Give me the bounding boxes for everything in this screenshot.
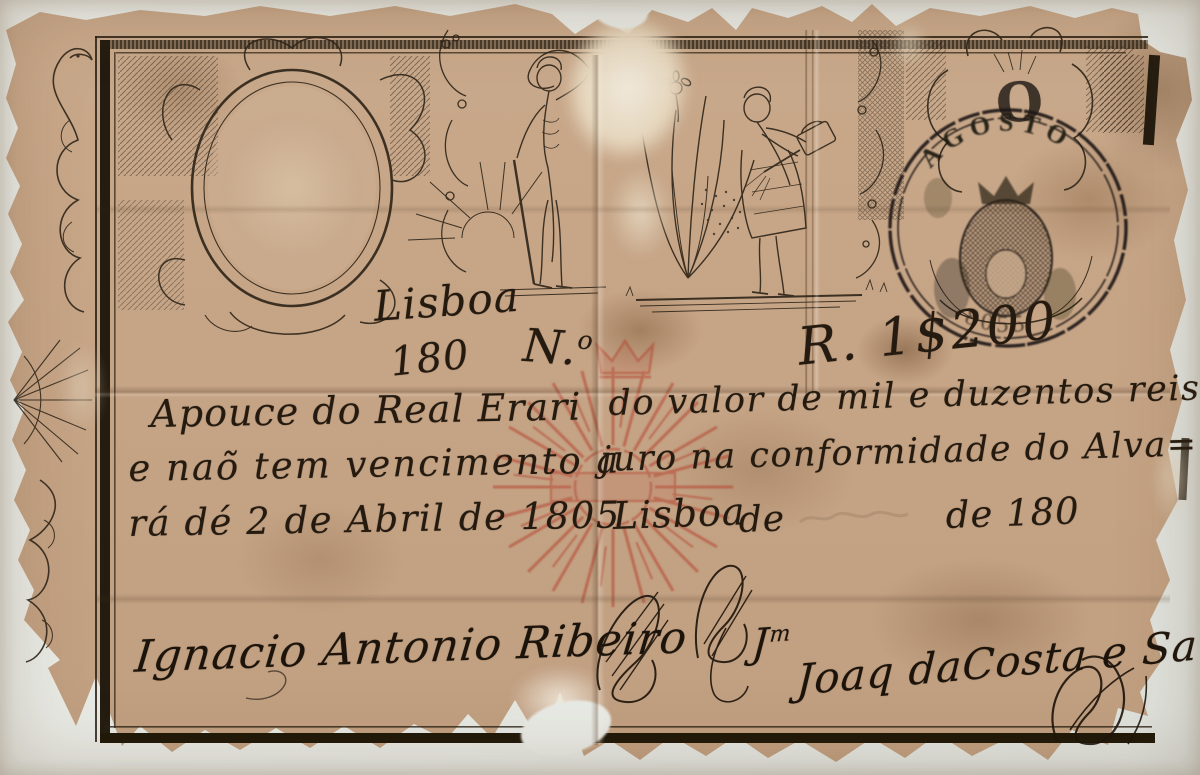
cartouche-letter: O bbox=[994, 68, 1046, 135]
watermark-light-area bbox=[205, 95, 380, 280]
body-line2-left: e naõ tem vencimento a bbox=[128, 438, 621, 490]
place-heading: Lisboa bbox=[372, 272, 521, 331]
number-label: N.o bbox=[521, 318, 595, 377]
body-line3-left: rá dé 2 de Abril de 1805 bbox=[128, 493, 621, 545]
signature-right-initial: Jm bbox=[750, 618, 792, 667]
body-line3-year: de 180 bbox=[945, 489, 1080, 537]
abrasion-patch bbox=[48, 325, 114, 450]
year-blank: 180 bbox=[388, 332, 472, 386]
abrasion-patch bbox=[598, 150, 683, 275]
abrasion-patch bbox=[882, 12, 936, 76]
body-line1-left: Apouce do Real Erari bbox=[150, 384, 582, 436]
abrasion-patch bbox=[732, 42, 796, 128]
scanned-banknote-scene: O AGOSTO 8055 bbox=[0, 0, 1200, 775]
body-line3-de: de bbox=[738, 498, 786, 541]
body-line3-place: Lisboa bbox=[612, 489, 746, 538]
